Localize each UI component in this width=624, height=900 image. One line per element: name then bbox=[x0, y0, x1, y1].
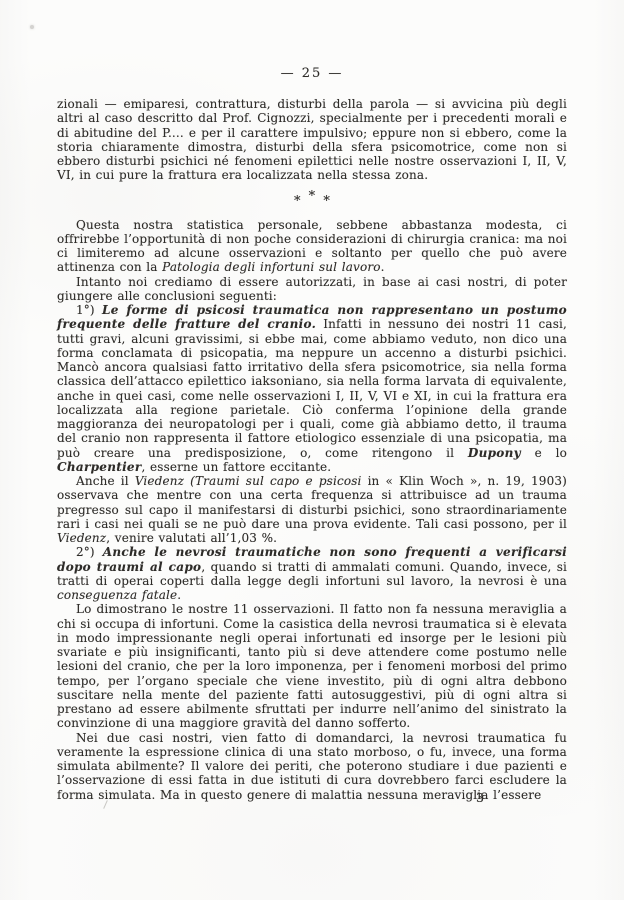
paragraph: Nei due casi nostri, vien fatto di doman… bbox=[57, 731, 567, 802]
emphasized-text-run: Dupony bbox=[468, 446, 521, 460]
emphasized-text-run: Patologia degli infortuni sul lavoro bbox=[162, 260, 380, 274]
paragraph: Lo dimostrano le nostre 11 osservazioni.… bbox=[57, 602, 567, 730]
page-number-header: — 25 — bbox=[0, 66, 624, 81]
text-run: Infatti in nessuno dei nostri 11 casi, t… bbox=[57, 317, 567, 459]
text-run: 2°) bbox=[76, 545, 103, 559]
scan-speck-artifact bbox=[30, 25, 34, 29]
text-run: , esserne un fattore eccitante. bbox=[141, 460, 331, 474]
text-run: , venire valutati all’1,03 %. bbox=[106, 531, 277, 545]
paragraph: 1°) Le forme di psicosi traumatica non r… bbox=[57, 303, 567, 474]
text-run: . bbox=[177, 588, 181, 602]
text-run: Nei due casi nostri, vien fatto di doman… bbox=[57, 731, 567, 802]
emphasized-text-run: conseguenza fatale bbox=[57, 588, 177, 602]
text-body: zionali — emiparesi, contrattura, distur… bbox=[57, 97, 567, 802]
text-run: e lo bbox=[521, 446, 567, 460]
emphasized-text-run: Viedenz bbox=[135, 474, 184, 488]
text-run: . bbox=[381, 260, 385, 274]
paragraph: Intanto noi crediamo di essere autorizza… bbox=[57, 275, 567, 304]
text-run: zionali — emiparesi, contrattura, distur… bbox=[57, 97, 567, 182]
paragraph: Anche il Viedenz (Traumi sul capo e psic… bbox=[57, 474, 567, 545]
paragraph: zionali — emiparesi, contrattura, distur… bbox=[57, 97, 567, 183]
emphasized-text-run: Charpentier bbox=[57, 460, 141, 474]
text-run: Lo dimostrano le nostre 11 osservazioni.… bbox=[57, 602, 567, 730]
paragraph: 2°) Anche le nevrosi traumatiche non son… bbox=[57, 545, 567, 602]
emphasized-text-run: Viedenz bbox=[57, 531, 106, 545]
paragraph: Questa nostra statistica personale, sebb… bbox=[57, 218, 567, 275]
text-run: Anche il bbox=[76, 474, 135, 488]
asterism-separator: *** bbox=[57, 194, 567, 209]
text-run: Intanto noi crediamo di essere autorizza… bbox=[57, 275, 567, 303]
text-run: 1°) bbox=[76, 303, 102, 317]
asterisk-glyph: * bbox=[323, 194, 330, 209]
scanned-book-page: — 25 — zionali — emiparesi, contrattura,… bbox=[0, 0, 624, 900]
asterisk-glyph: * bbox=[309, 189, 316, 204]
signature-number: 3 bbox=[476, 790, 484, 805]
emphasized-text-run: (Traumi sul capo e psicosi bbox=[190, 474, 361, 488]
asterisk-glyph: * bbox=[294, 194, 301, 209]
